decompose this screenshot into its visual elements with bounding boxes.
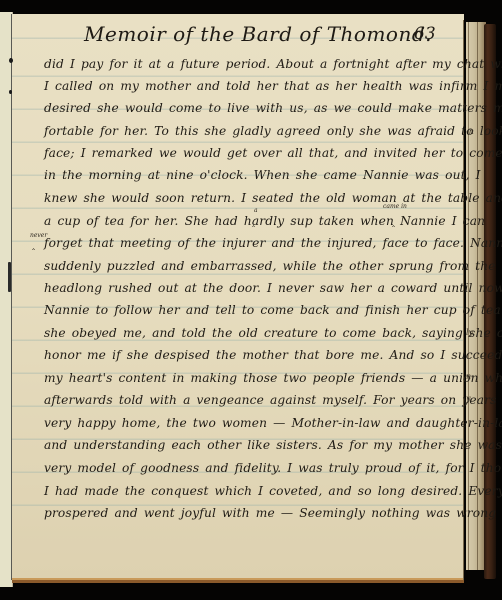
text-line: my heart's content in making those two p… [44,371,462,385]
text-line: in the morning at nine o'clock. When she… [44,168,462,182]
book-scan: Memoir of the Bard of Thomond. 63 did I … [0,0,502,600]
text-line: she obeyed me, and told the old creature… [44,326,462,340]
text-line: I called on my mother and told her that … [44,79,462,93]
text-line: suddenly puzzled and embarrassed, while … [44,259,462,273]
bleed-through-fragment: -n [466,127,474,136]
text-line: face; I remarked we would get over all t… [44,146,462,160]
text-line: afterwards told with a vengeance against… [44,393,462,407]
text-line: very model of goodness and fidelity. I w… [44,461,462,475]
insertion-left-margin: never [30,232,47,239]
bleed-through-fragment: y. [466,394,472,403]
text-line: honor me if she despised the mother that… [44,348,462,362]
text-line: very happy home, the two women — Mother-… [44,416,462,430]
text-line: I had made the conquest which I coveted,… [44,484,462,498]
insertion-caret-icon: ‸ [32,241,35,251]
insertion-above-hardly: a [254,207,258,214]
text-line: forget that meeting of the injurer and t… [44,236,462,250]
bleed-through-fragment: ly [466,328,473,337]
insertion-caret-icon: ‸ [252,218,255,228]
insertion-above-nannie: came in [383,203,407,210]
manuscript-text: did I pay for it at a future period. Abo… [0,0,502,600]
text-line: headlong rushed out at the door. I never… [44,281,462,295]
insertion-caret-icon: ‸ [392,218,395,228]
text-line: desired she would come to live with us, … [44,101,462,115]
text-line: and understanding each other like sister… [44,438,462,452]
text-line: fortable for her. To this she gladly agr… [44,124,462,138]
text-line: prospered and went joyful with me — Seem… [44,506,462,520]
text-line: Nannie to follow her and tell to come ba… [44,303,462,317]
text-line: did I pay for it at a future period. Abo… [44,57,462,71]
bleed-through-fragment: n- [466,372,474,381]
